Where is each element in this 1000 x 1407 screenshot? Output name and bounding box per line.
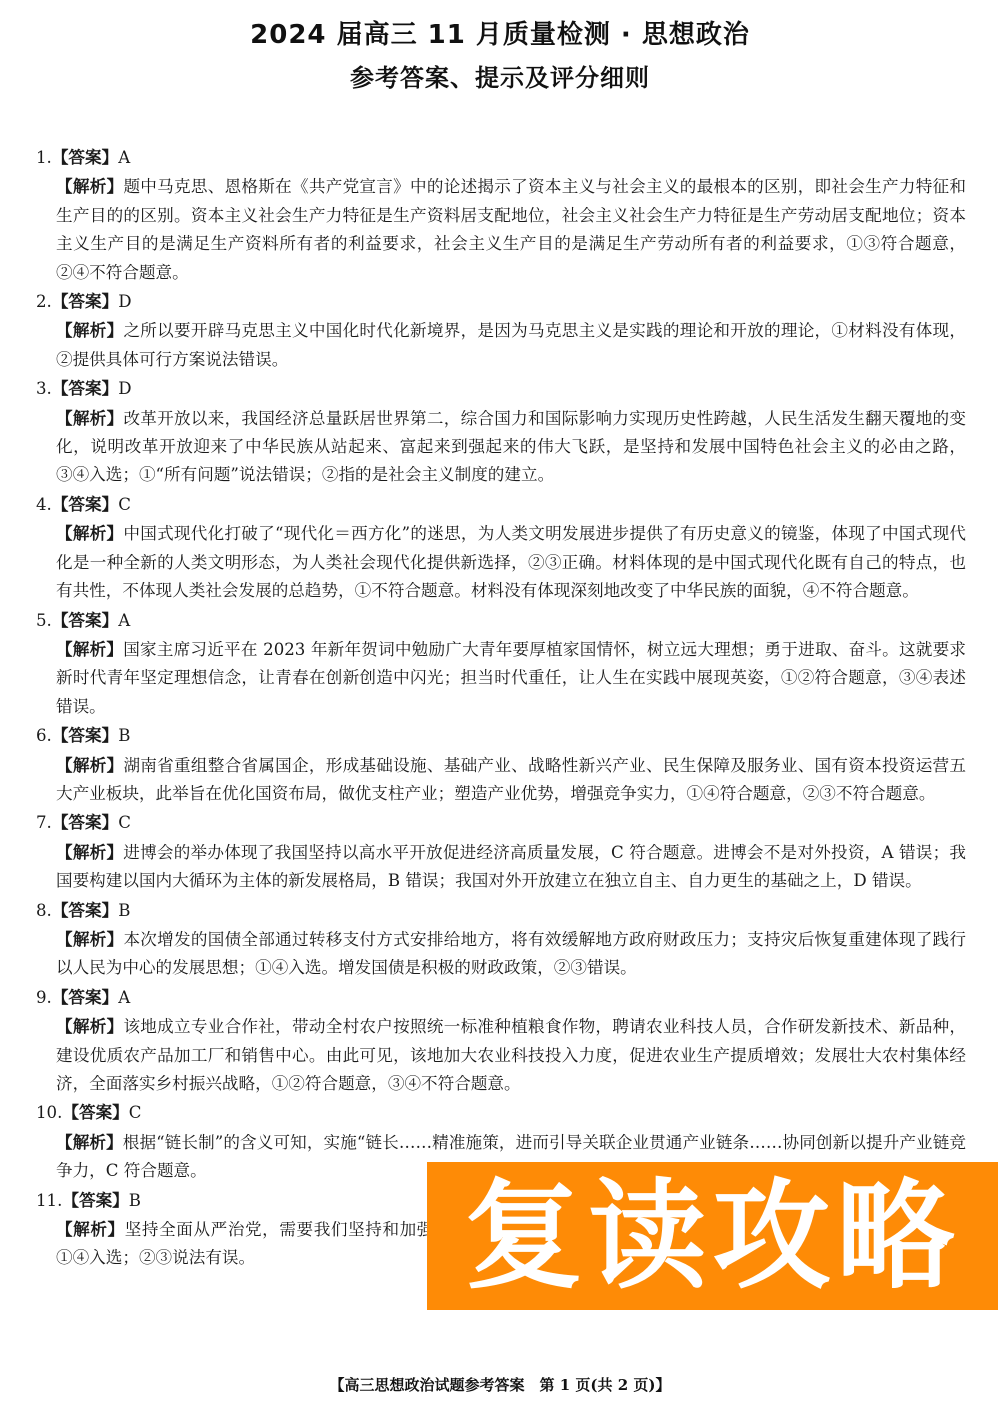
question-number: 5. [36,611,52,630]
question-item: 8.【答案】B 【解析】本次增发的国债全部通过转移支付方式安排给地方，将有效缓解… [36,896,966,983]
answer-line: 1.【答案】A [36,143,966,172]
explanation-label: 【解析】 [56,929,123,949]
answer-value: C [118,495,131,514]
answer-line: 9.【答案】A [36,983,966,1012]
explanation-text: 中国式现代化打破了“现代化＝西方化”的迷思，为人类文明发展进步提供了有历史意义的… [56,524,966,600]
answer-value: B [118,726,130,745]
answer-label: 【答案】 [62,1190,128,1210]
explanation-text: 改革开放以来，我国经济总量跃居世界第二，综合国力和国际影响力实现历史性跨越，人民… [56,409,966,485]
document-subtitle: 参考答案、提示及评分细则 [0,58,1000,93]
answer-line: 4.【答案】C [36,490,966,519]
explanation-text: 本次增发的国债全部通过转移支付方式安排给地方，将有效缓解地方政府财政压力；支持灾… [56,930,966,977]
page-footer: 【高三思想政治试题参考答案 第 1 页(共 2 页)】 [0,1374,1000,1395]
explanation-text: 进博会的举办体现了我国坚持以高水平开放促进经济高质量发展，C 符合题意。进博会不… [56,843,966,890]
explanation-label: 【解析】 [56,1016,123,1036]
watermark-banner: 复读攻略 [427,1162,998,1310]
answer-label: 【答案】 [52,494,118,514]
explanation-label: 【解析】 [56,842,123,862]
question-item: 3.【答案】D 【解析】改革开放以来，我国经济总量跃居世界第二，综合国力和国际影… [36,374,966,490]
question-number: 3. [36,379,52,398]
explanation: 【解析】国家主席习近平在 2023 年新年贺词中勉励广大青年要厚植家国情怀，树立… [56,635,966,721]
explanation: 【解析】题中马克思、恩格斯在《共产党宣言》中的论述揭示了资本主义与社会主义的最根… [56,172,966,287]
question-item: 7.【答案】C 【解析】进博会的举办体现了我国坚持以高水平开放促进经济高质量发展… [36,808,966,895]
explanation: 【解析】该地成立专业合作社，带动全村农户按照统一标准种植粮食作物，聘请农业科技人… [56,1012,966,1098]
explanation: 【解析】本次增发的国债全部通过转移支付方式安排给地方，将有效缓解地方政府财政压力… [56,925,966,983]
answer-label: 【答案】 [52,725,118,745]
question-number: 4. [36,495,52,514]
answer-label: 【答案】 [52,291,118,311]
document-title: 2024 届高三 11 月质量检测 · 思想政治 [0,14,1000,51]
question-number: 6. [36,726,52,745]
explanation-label: 【解析】 [56,755,123,775]
answer-list: 1.【答案】A 【解析】题中马克思、恩格斯在《共产党宣言》中的论述揭示了资本主义… [36,143,966,1273]
answer-value: A [118,988,130,1007]
answer-label: 【答案】 [52,610,118,630]
explanation: 【解析】之所以要开辟马克思主义中国化时代化新境界，是因为马克思主义是实践的理论和… [56,316,966,374]
explanation: 【解析】湖南省重组整合省属国企，形成基础设施、基础产业、战略性新兴产业、民生保障… [56,751,966,809]
question-number: 10. [36,1103,62,1122]
question-item: 2.【答案】D 【解析】之所以要开辟马克思主义中国化时代化新境界，是因为马克思主… [36,287,966,374]
explanation: 【解析】中国式现代化打破了“现代化＝西方化”的迷思，为人类文明发展进步提供了有历… [56,519,966,605]
answer-value: C [129,1103,142,1122]
question-item: 5.【答案】A 【解析】国家主席习近平在 2023 年新年贺词中勉励广大青年要厚… [36,606,966,722]
answer-value: C [118,813,131,832]
question-number: 11. [36,1191,62,1210]
answer-line: 8.【答案】B [36,896,966,925]
explanation-label: 【解析】 [56,408,123,428]
answer-line: 6.【答案】B [36,721,966,750]
explanation-label: 【解析】 [56,176,123,196]
explanation: 【解析】改革开放以来，我国经济总量跃居世界第二，综合国力和国际影响力实现历史性跨… [56,404,966,490]
answer-label: 【答案】 [52,147,118,167]
answer-line: 5.【答案】A [36,606,966,635]
answer-line: 3.【答案】D [36,374,966,403]
explanation-label: 【解析】 [56,523,123,543]
answer-value: A [118,611,130,630]
answer-label: 【答案】 [52,900,118,920]
answer-label: 【答案】 [52,987,118,1007]
question-item: 6.【答案】B 【解析】湖南省重组整合省属国企，形成基础设施、基础产业、战略性新… [36,721,966,808]
explanation-text: 之所以要开辟马克思主义中国化时代化新境界，是因为马克思主义是实践的理论和开放的理… [56,321,966,368]
answer-value: A [118,148,130,167]
explanation-label: 【解析】 [56,320,123,340]
question-number: 1. [36,148,52,167]
explanation-text: 题中马克思、恩格斯在《共产党宣言》中的论述揭示了资本主义与社会主义的最根本的区别… [56,177,966,281]
answer-label: 【答案】 [52,812,118,832]
explanation-label: 【解析】 [56,639,123,659]
answer-label: 【答案】 [62,1102,128,1122]
explanation-text: 湖南省重组整合省属国企，形成基础设施、基础产业、战略性新兴产业、民生保障及服务业… [56,756,966,803]
answer-line: 2.【答案】D [36,287,966,316]
explanation: 【解析】进博会的举办体现了我国坚持以高水平开放促进经济高质量发展，C 符合题意。… [56,838,966,896]
explanation-label: 【解析】 [56,1132,123,1152]
watermark-text: 复读攻略 [464,1177,960,1295]
question-item: 9.【答案】A 【解析】该地成立专业合作社，带动全村农户按照统一标准种植粮食作物… [36,983,966,1099]
answer-line: 7.【答案】C [36,808,966,837]
answer-value: D [118,379,131,398]
question-number: 7. [36,813,52,832]
explanation-text: 国家主席习近平在 2023 年新年贺词中勉励广大青年要厚植家国情怀，树立远大理想… [56,640,966,716]
answer-label: 【答案】 [52,378,118,398]
answer-value: D [118,292,131,311]
answer-line: 10.【答案】C [36,1098,966,1127]
explanation-text: 该地成立专业合作社，带动全村农户按照统一标准种植粮食作物，聘请农业科技人员，合作… [56,1017,966,1093]
answer-value: B [129,1191,141,1210]
question-number: 8. [36,901,52,920]
answer-value: B [118,901,130,920]
question-item: 1.【答案】A 【解析】题中马克思、恩格斯在《共产党宣言》中的论述揭示了资本主义… [36,143,966,287]
question-number: 9. [36,988,52,1007]
question-number: 2. [36,292,52,311]
explanation-label: 【解析】 [56,1219,125,1239]
question-item: 4.【答案】C 【解析】中国式现代化打破了“现代化＝西方化”的迷思，为人类文明发… [36,490,966,606]
